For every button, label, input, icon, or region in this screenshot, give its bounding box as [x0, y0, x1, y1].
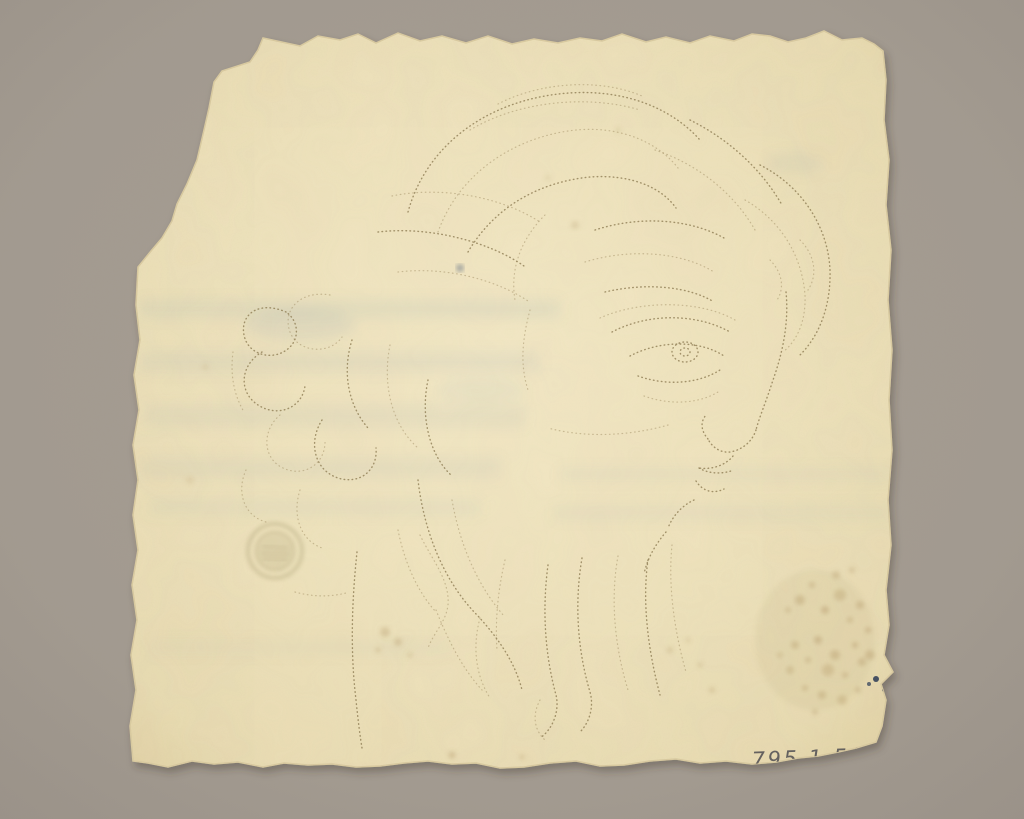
- artwork-photo-canvas: 795.1.5043: [0, 0, 1024, 819]
- photograph-of-pricked-drawing: 795.1.5043: [0, 0, 1024, 819]
- collector-stamp: [248, 524, 302, 578]
